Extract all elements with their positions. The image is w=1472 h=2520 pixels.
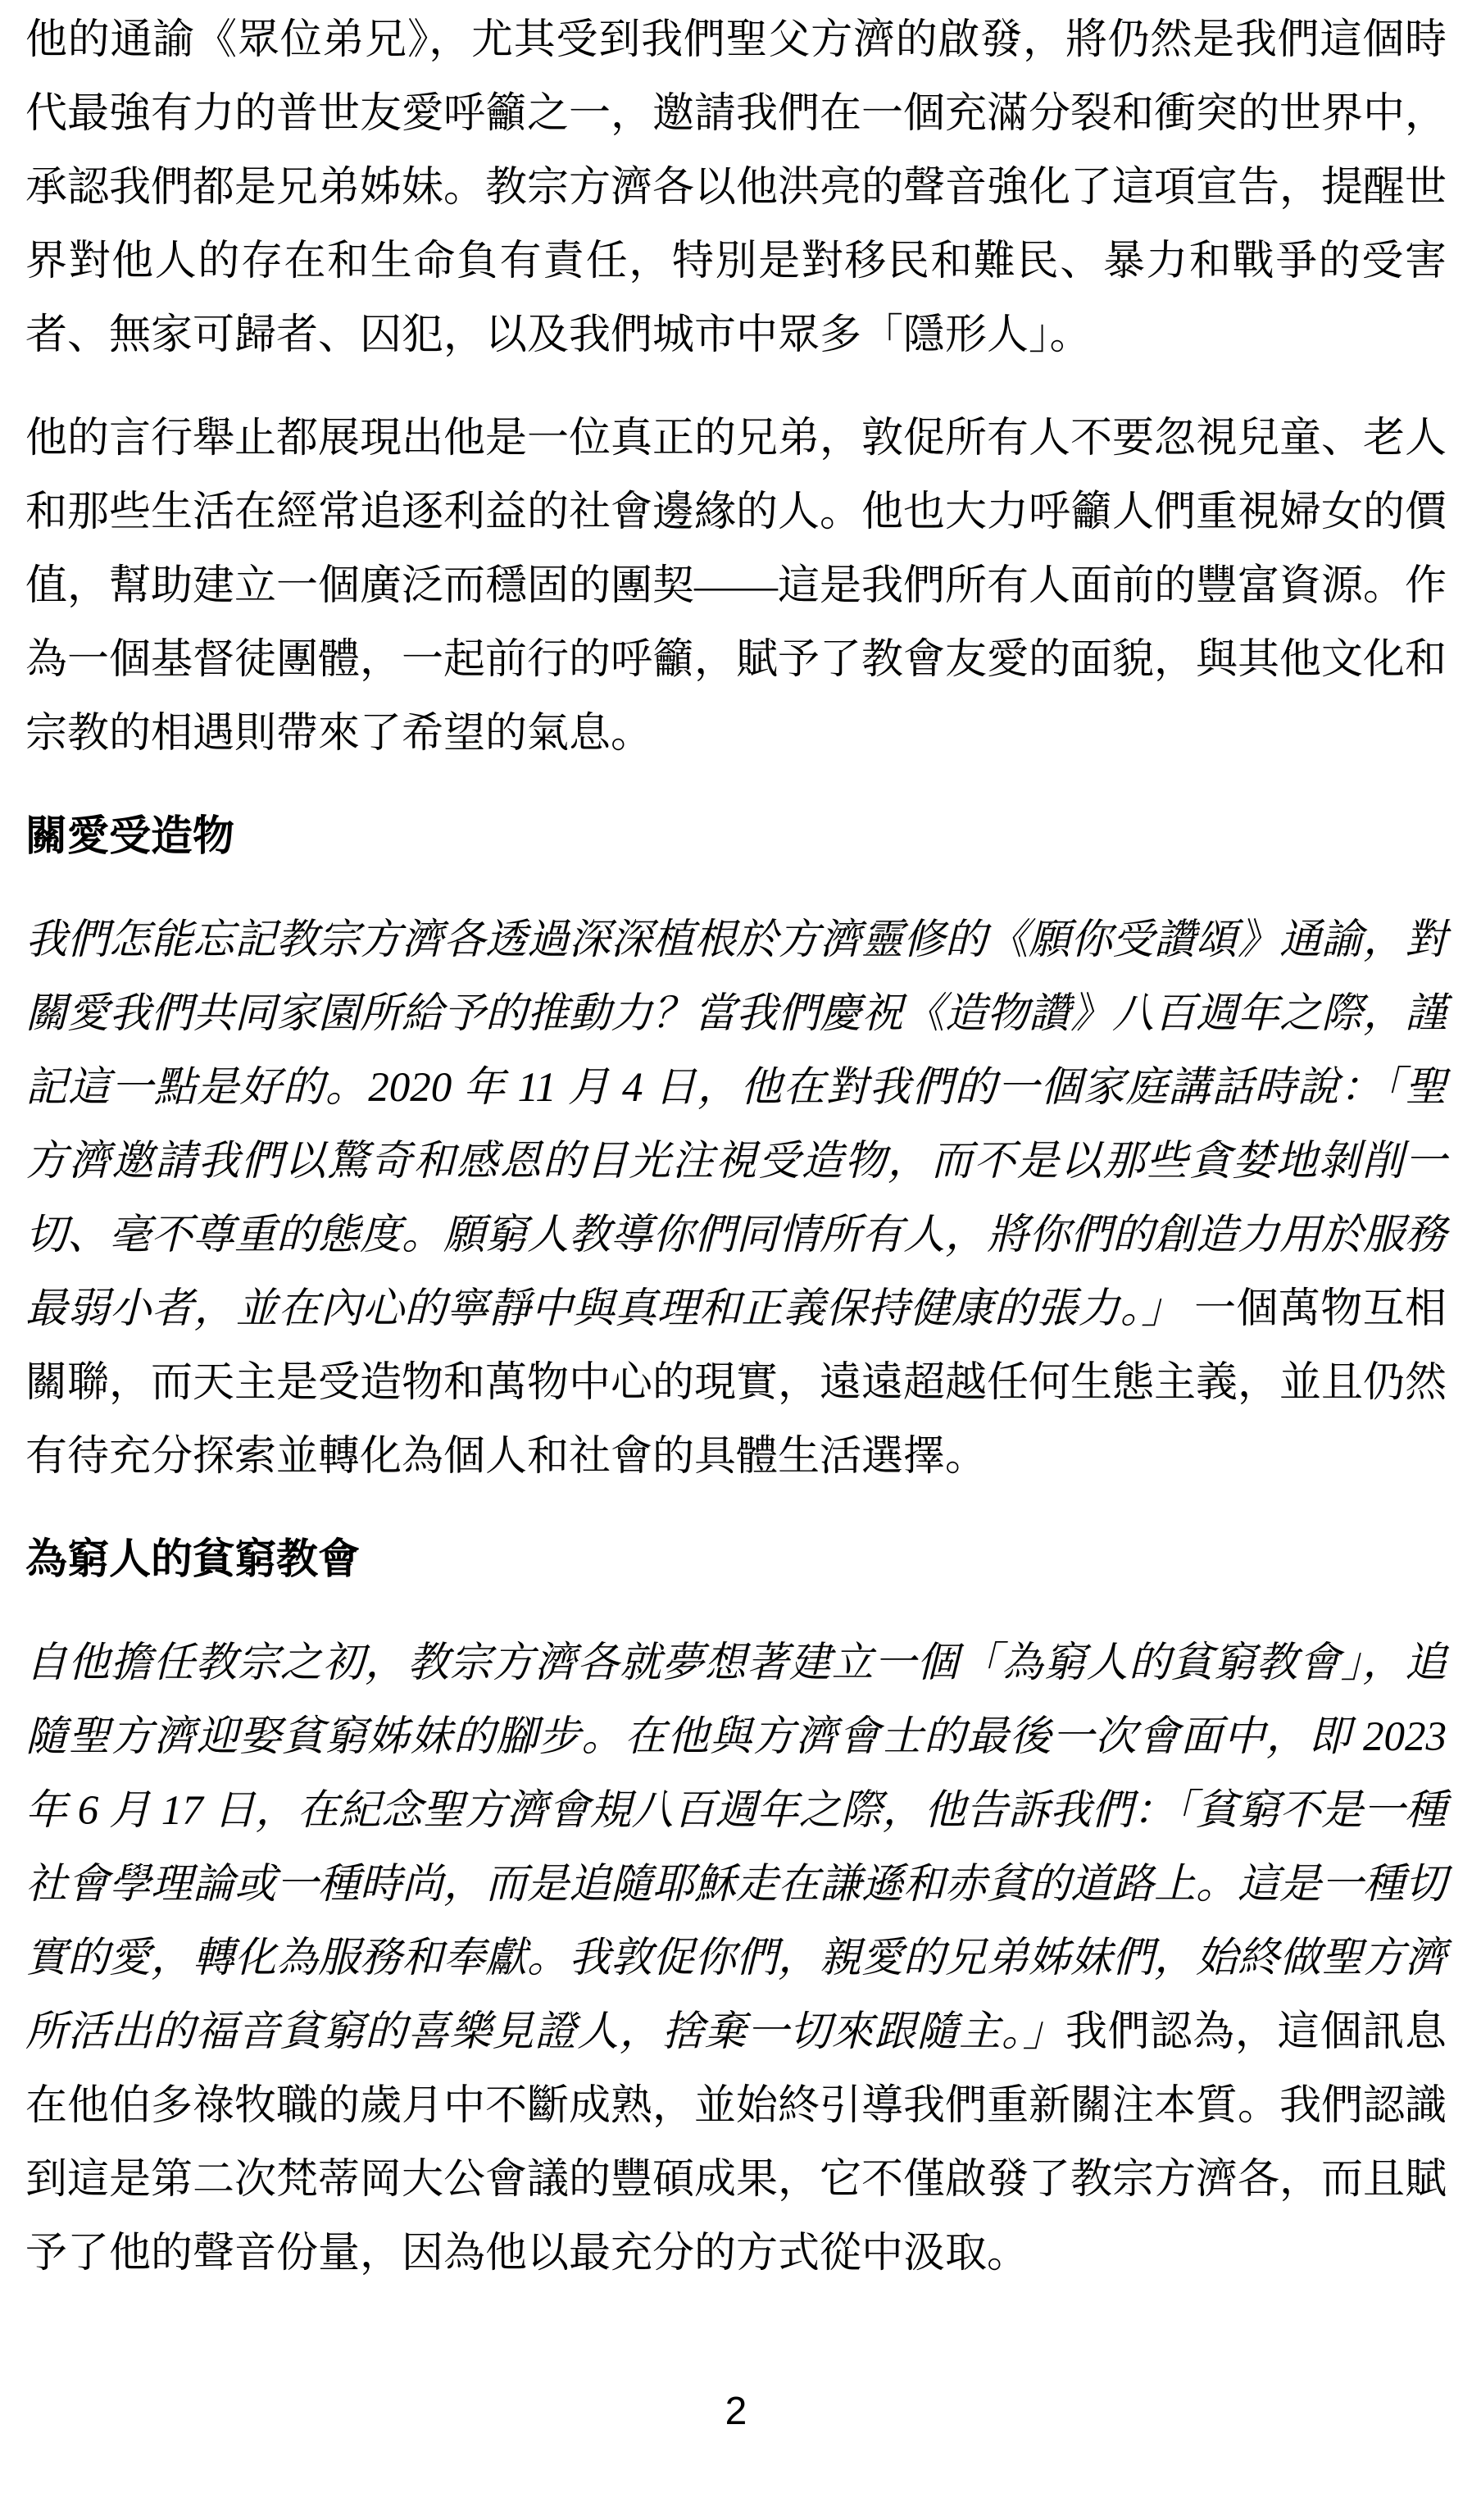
paragraph-fratelli-tutti: 他的通諭《眾位弟兄》，尤其受到我們聖父方濟的啟發，將仍然是我們這個時代最強有力的…	[25, 3, 1447, 372]
paragraph-true-brother: 他的言行舉止都展現出他是一位真正的兄弟，敦促所有人不要忽視兒童、老人和那些生活在…	[25, 402, 1447, 771]
paragraph-poor-church: 自他擔任教宗之初，教宗方濟各就夢想著建立一個「為窮人的貧窮教會」，追隨聖方濟迎娶…	[25, 1626, 1447, 2290]
laudato-si-italic-run: 我們怎能忘記教宗方濟各透過深深植根於方濟靈修的《願你受讚頌》通諭，對關愛我們共同…	[25, 917, 1447, 1332]
poor-church-italic-run: 自他擔任教宗之初，教宗方濟各就夢想著建立一個「為窮人的貧窮教會」，追隨聖方濟迎娶…	[25, 1640, 1447, 2055]
paragraph-laudato-si: 我們怎能忘記教宗方濟各透過深深植根於方濟靈修的《願你受讚頌》通諭，對關愛我們共同…	[25, 903, 1447, 1494]
section-heading-poor-church: 為窮人的貧窮教會	[25, 1523, 1447, 1597]
section-heading-care-for-creation: 關愛受造物	[25, 800, 1447, 874]
document-page: 他的通諭《眾位弟兄》，尤其受到我們聖父方濟的啟發，將仍然是我們這個時代最強有力的…	[0, 0, 1472, 2520]
page-number: 2	[0, 2390, 1472, 2433]
